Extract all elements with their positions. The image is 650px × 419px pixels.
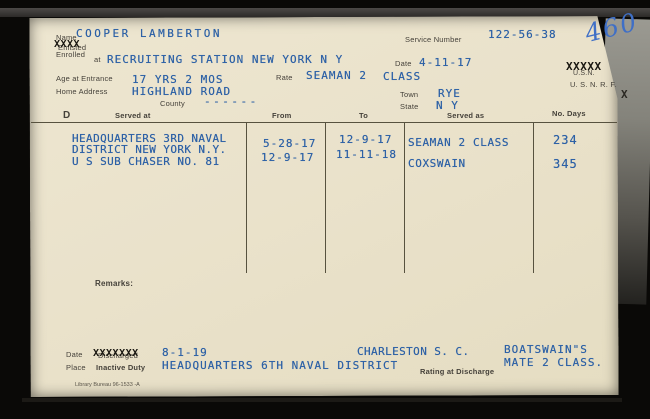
row1-days: 234 xyxy=(553,134,578,148)
table-column-rule-2 xyxy=(325,123,326,273)
rating-at-discharge-label: Rating at Discharge xyxy=(420,368,494,377)
county-value: ------ xyxy=(204,96,259,109)
enrolled-at-value: RECRUITING STATION NEW YORK N Y xyxy=(107,54,343,67)
row2-served-at-line1: U S SUB CHASER NO. 81 xyxy=(72,156,219,169)
rate-value-line1: SEAMAN 2 xyxy=(306,70,367,83)
enrolled-label: Enrolled xyxy=(56,51,85,60)
rate-label: Rate xyxy=(276,74,293,83)
col-header-from: From xyxy=(272,112,292,121)
enroll-date-value: 4-11-17 xyxy=(419,57,472,70)
row2-to: 11-11-18 xyxy=(336,149,397,162)
county-label: County xyxy=(160,100,185,109)
record-card-photo: Name COOPER LAMBERTON Enlisted XXXX Enro… xyxy=(0,0,650,419)
table-column-rule-3 xyxy=(404,123,405,273)
col-header-served-at: Served at xyxy=(115,112,151,121)
row1-served-as: SEAMAN 2 CLASS xyxy=(408,137,509,150)
place-label: Place xyxy=(66,364,86,373)
inactive-place-value: HEADQUARTERS 6TH NAVAL DISTRICT xyxy=(162,360,398,373)
rating-value-line2: MATE 2 CLASS. xyxy=(504,357,603,370)
inactive-duty-label: Inactive Duty xyxy=(96,364,145,373)
discharge-place-value: CHARLESTON S. C. xyxy=(357,346,469,359)
enlisted-strikeout: XXXX xyxy=(54,39,80,51)
home-address-label: Home Address xyxy=(56,88,108,97)
photo-top-edge xyxy=(0,8,650,17)
row1-from: 5-28-17 xyxy=(263,138,316,151)
table-d-label: D xyxy=(63,110,70,122)
remarks-label: Remarks: xyxy=(95,279,133,288)
col-header-to: To xyxy=(359,112,368,121)
state-label: State xyxy=(400,103,419,112)
card-bottom-shadow xyxy=(22,398,622,402)
service-number-value: 122-56-38 xyxy=(488,29,557,42)
row2-served-as: COXSWAIN xyxy=(408,158,466,171)
enroll-date-label: Date xyxy=(395,60,412,69)
row2-from: 12-9-17 xyxy=(261,152,314,165)
footer-date-label: Date xyxy=(66,351,83,360)
usnrf-label: U. S. N. R. F. xyxy=(570,81,617,90)
form-imprint: Library Bureau 96-1533 -A xyxy=(75,382,140,388)
col-header-served-as: Served as xyxy=(447,112,484,121)
edge-mark: X xyxy=(621,89,628,102)
usn-strikeout: XXXXX xyxy=(566,61,602,74)
rate-value-line2: CLASS xyxy=(383,71,421,84)
at-label: at xyxy=(94,56,101,65)
row1-to: 12-9-17 xyxy=(339,134,392,147)
name-value: COOPER LAMBERTON xyxy=(76,28,222,41)
service-number-label: Service Number xyxy=(405,36,462,45)
table-column-rule-1 xyxy=(246,123,247,273)
age-label: Age at Entrance xyxy=(56,75,113,84)
col-header-no-days: No. Days xyxy=(552,110,586,119)
row2-days: 345 xyxy=(553,158,578,172)
discharge-date-value: 8-1-19 xyxy=(162,347,208,360)
table-header-rule xyxy=(31,122,617,123)
discharged-strikeout: XXXXXXX xyxy=(93,348,139,360)
table-column-rule-4 xyxy=(533,123,534,273)
town-label: Town xyxy=(400,91,418,100)
rating-value-line1: BOATSWAIN"S xyxy=(504,344,588,357)
